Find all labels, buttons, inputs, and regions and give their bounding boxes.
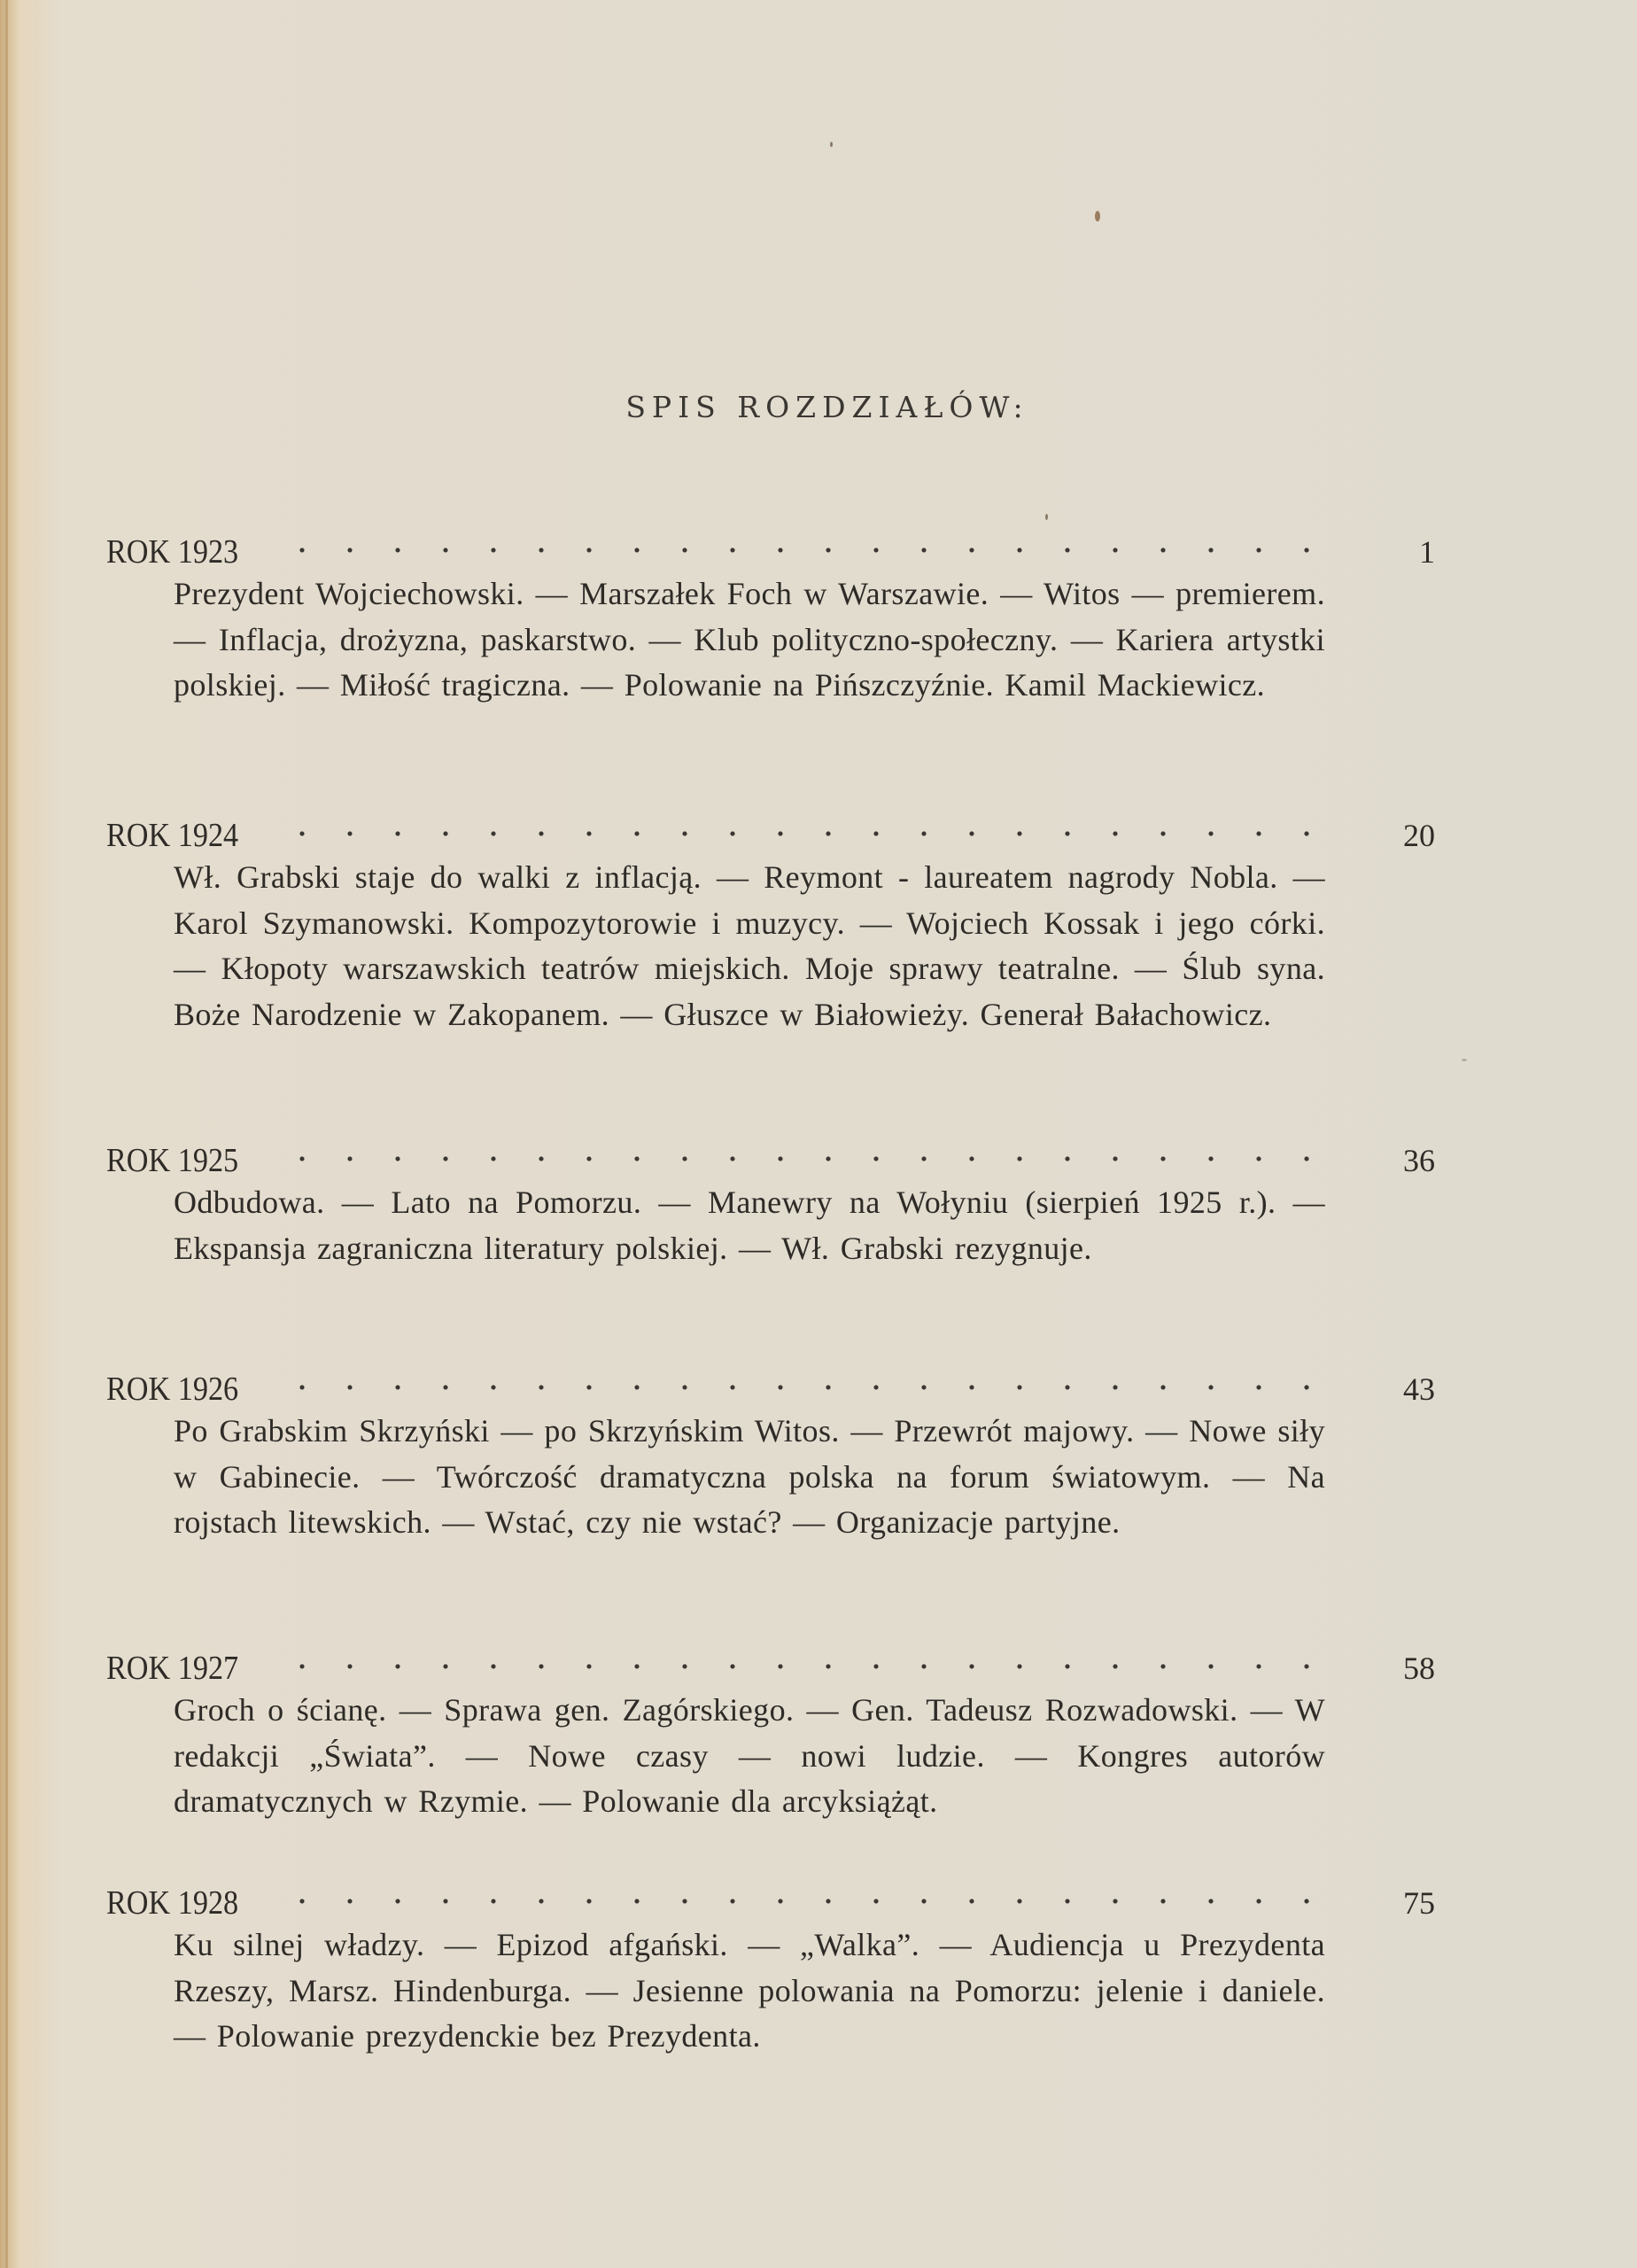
chapter-year: ROK 1923 [106,530,258,574]
toc-entry-1927: ROK 1927 58 Groch o ścianę. — Sprawa gen… [106,1635,1435,1825]
chapter-summary: Odbudowa. — Lato na Pomorzu. — Manewry n… [174,1180,1325,1271]
chapter-year: ROK 1924 [106,813,258,858]
dot-leader [275,802,1329,846]
dot-leader [275,1355,1329,1400]
dot-leader [275,1635,1329,1679]
chapter-year: ROK 1928 [106,1881,258,1925]
toc-entry-1926: ROK 1926 43 Po Grabskim Skrzyński — po S… [106,1355,1435,1546]
page-number: 43 [1355,1367,1435,1411]
toc-entry-1923: ROK 1923 1 Prezydent Wojciechowski. — Ma… [106,518,1435,709]
toc-entry-heading: ROK 1923 1 [106,518,1435,563]
toc-entry-heading: ROK 1926 43 [106,1355,1435,1400]
paper-speck [830,142,833,147]
toc-entry-1925: ROK 1925 36 Odbudowa. — Lato na Pomorzu.… [106,1127,1435,1271]
chapter-year: ROK 1926 [106,1367,258,1411]
toc-entry-heading: ROK 1924 20 [106,802,1435,846]
page-gutter-edge [5,0,8,2268]
page-title: SPIS ROZDZIAŁÓW: [0,390,1637,424]
dot-leader [275,1869,1329,1914]
dot-leader [275,1127,1329,1171]
page-number: 1 [1355,530,1435,574]
paper-speck [1095,211,1100,221]
page-number: 58 [1355,1646,1435,1690]
toc-entry-heading: ROK 1928 75 [106,1869,1435,1914]
toc-entry-heading: ROK 1927 58 [106,1635,1435,1679]
chapter-summary: Groch o ścianę. — Sprawa gen. Zagórskieg… [174,1688,1325,1825]
page-number: 75 [1355,1881,1435,1925]
chapter-summary: Prezydent Wojciechowski. — Marszałek Foc… [174,571,1325,709]
chapter-summary: Wł. Grabski staje do walki z inflacją. —… [174,855,1325,1037]
toc-entry-1928: ROK 1928 75 Ku silnej władzy. — Epizod a… [106,1869,1435,2060]
chapter-year: ROK 1925 [106,1138,258,1183]
chapter-year: ROK 1927 [106,1646,258,1690]
book-page: SPIS ROZDZIAŁÓW: ROK 1923 1 Prezydent Wo… [0,0,1637,2268]
paper-speck [1462,1059,1467,1061]
chapter-summary: Ku silnej władzy. — Epizod afgański. — „… [174,1922,1325,2060]
toc-entry-1924: ROK 1924 20 Wł. Grabski staje do walki z… [106,802,1435,1037]
page-number: 36 [1355,1138,1435,1183]
chapter-summary: Po Grabskim Skrzyński — po Skrzyńskim Wi… [174,1409,1325,1546]
dot-leader [275,518,1329,563]
toc-entry-heading: ROK 1925 36 [106,1127,1435,1171]
page-number: 20 [1355,813,1435,858]
